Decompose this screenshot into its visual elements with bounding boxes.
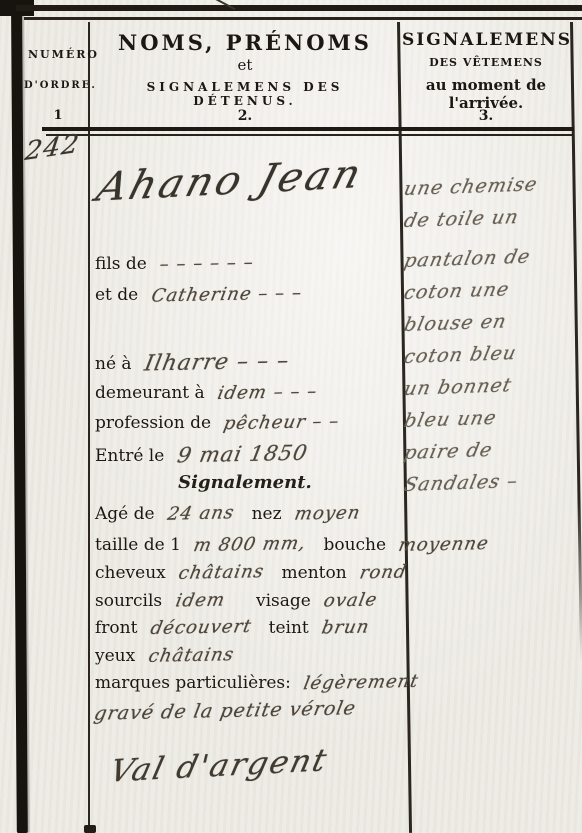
field-label-complexion: teint	[269, 618, 309, 638]
field-label-eyebrows: sourcils	[95, 591, 162, 611]
field-row-hair-chin: cheveux châtains menton rond	[95, 562, 397, 583]
field-row-entry-date: Entré le 9 mai 1850	[95, 442, 397, 466]
header-bottom-rule	[42, 127, 574, 131]
book-binding-edge	[11, 0, 28, 833]
field-value-nose: moyen	[293, 502, 363, 524]
field-label-profession: profession de	[95, 413, 211, 433]
field-label-birthplace: né à	[95, 354, 132, 374]
field-row-birthplace: né à Ilharre – – –	[95, 350, 397, 375]
field-row-mother: et de Catherine – – –	[95, 284, 397, 305]
order-number: 242	[23, 129, 81, 167]
field-row-eyebrows-face: sourcils idem visage ovale	[95, 590, 397, 611]
field-value-height: m 800 mm,	[192, 533, 308, 556]
field-value-age: 24 ans	[166, 502, 236, 524]
header-col3-line1: SIGNALEMENS	[402, 30, 570, 50]
field-label-chin: menton	[282, 563, 347, 583]
field-label-marks: marques particulières:	[95, 673, 291, 693]
field-row-profession: profession de pêcheur – –	[95, 412, 397, 433]
column-divider-1	[88, 22, 90, 833]
header-col2-line1: NOMS, PRÉNOMS	[95, 30, 395, 55]
header-col1-line1: NUMÉRO	[28, 48, 88, 61]
field-label-height: taille de 1	[95, 535, 181, 555]
field-row-age-nose: Agé de 24 ans nez moyen	[95, 503, 397, 524]
scan-bottom-artifact	[84, 825, 96, 833]
header-col2-number: 2.	[95, 108, 395, 124]
field-row-father: fils de – – – – – –	[95, 253, 397, 274]
field-label-residence: demeurant à	[95, 383, 205, 403]
header-col1-line2: D'ORDRE.	[24, 80, 90, 91]
header-col3-line3: au moment de l'arrivée.	[400, 76, 572, 112]
field-value-mother: Catherine – – –	[149, 282, 303, 306]
clothing-line: de toile un	[401, 199, 579, 237]
field-label-forehead: front	[95, 618, 137, 638]
field-value-marks: légèrement	[302, 671, 421, 694]
field-label-face: visage	[256, 591, 311, 611]
field-label-nose: nez	[252, 504, 282, 524]
field-value-face: ovale	[322, 589, 379, 611]
field-value-birthplace: Ilharre – – –	[142, 348, 291, 376]
detainee-name: Ahano Jean	[92, 151, 369, 211]
table-top-rule	[16, 5, 582, 11]
place-note: Val d'argent	[106, 742, 331, 789]
field-value-hair: châtains	[177, 561, 266, 584]
field-value-chin: rond	[358, 562, 409, 584]
table-top-rule-inner	[24, 17, 582, 20]
field-row-marks: marques particulières: légèrement	[95, 672, 397, 693]
field-value-forehead: découvert	[149, 616, 254, 639]
signalement-title: Signalement.	[95, 472, 395, 493]
field-label-eyes: yeux	[95, 646, 135, 666]
field-value-eyebrows: idem	[173, 589, 226, 611]
marks-continuation: gravé de la petite vérole	[92, 697, 358, 724]
field-label-age: Agé de	[95, 504, 155, 524]
field-row-eyes: yeux châtains	[95, 645, 397, 666]
field-label-father: fils de	[95, 254, 147, 274]
field-value-complexion: brun	[320, 617, 372, 639]
field-label-hair: cheveux	[95, 563, 166, 583]
field-label-entry-date: Entré le	[95, 446, 164, 466]
field-label-mother: et de	[95, 285, 138, 305]
header-col2-line2: et	[95, 56, 395, 74]
field-value-profession: pêcheur – –	[222, 411, 342, 434]
header-col2-line3: SIGNALEMENS DES DÉTENUS.	[92, 80, 398, 108]
header-bottom-rule-inner	[46, 134, 574, 136]
field-value-mouth: moyenne	[397, 533, 491, 556]
clothing-list: une chemise de toile un pantalon de coto…	[405, 170, 575, 498]
field-value-father: – – – – – –	[158, 252, 256, 275]
clothing-line: Sandales –	[401, 463, 579, 501]
field-value-residence: idem – – –	[216, 381, 320, 404]
register-page: NUMÉRO D'ORDRE. 1 NOMS, PRÉNOMS et SIGNA…	[0, 0, 582, 833]
field-label-mouth: bouche	[323, 535, 386, 555]
field-row-forehead-complexion: front découvert teint brun	[95, 617, 397, 638]
header-col3-number: 3.	[402, 108, 570, 124]
field-value-eyes: châtains	[146, 644, 235, 667]
header-col3-line2: DES VÊTEMENS	[402, 56, 570, 69]
header-col1-number: 1	[28, 108, 88, 123]
field-value-entry-date: 9 mai 1850	[175, 441, 309, 468]
field-row-residence: demeurant à idem – – –	[95, 382, 397, 403]
field-row-height-mouth: taille de 1 m 800 mm, bouche moyenne	[95, 534, 397, 555]
